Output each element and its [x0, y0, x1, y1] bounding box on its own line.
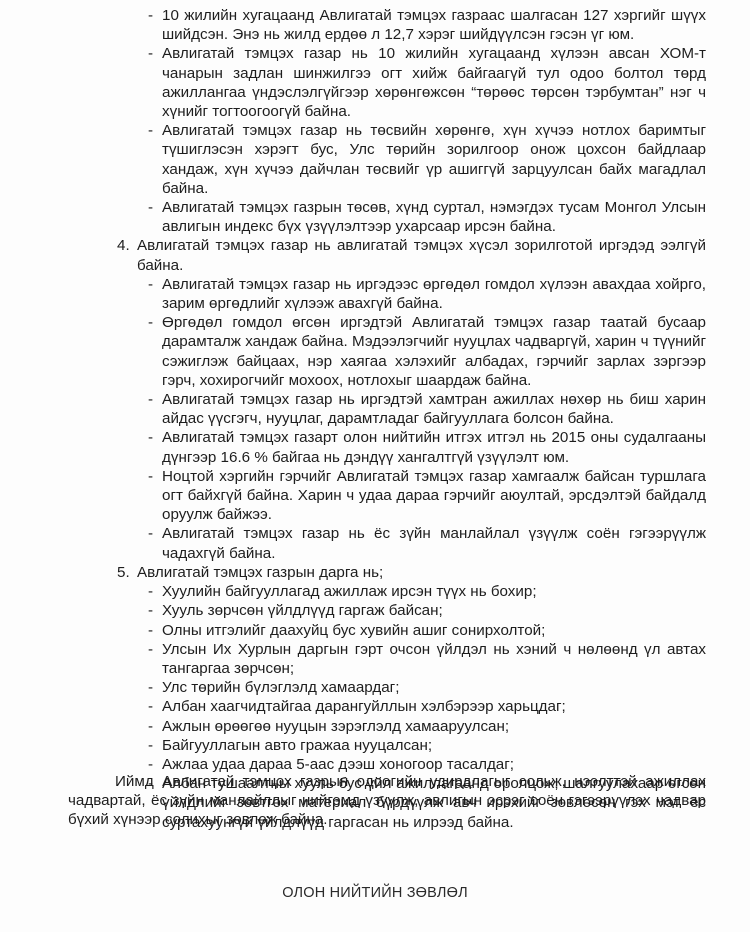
list-item: - Авлигатай тэмцэх газар нь төсвийн хөрө…	[162, 121, 706, 198]
bullet-mark: -	[148, 640, 153, 659]
list-item-text: Улс төрийн бүлэглэлд хамаардаг;	[162, 679, 399, 696]
list-item-text: Авлигатай тэмцэх газар нь ёс зүйн манлай…	[162, 525, 706, 561]
numbered-item-text: Авлигатай тэмцэх газрын дарга нь;	[137, 564, 383, 581]
list-item-text: Авлигатай тэмцэх газарт олон нийтийн итг…	[162, 429, 706, 465]
list-item: - Улс төрийн бүлэглэлд хамаардаг;	[162, 678, 706, 697]
numbered-item-5: 5. Авлигатай тэмцэх газрын дарга нь;	[137, 563, 706, 582]
item-number: 5.	[117, 563, 130, 582]
bullet-mark: -	[148, 717, 153, 736]
list-item-text: Авлигатай тэмцэх газрын төсөв, хүнд сурт…	[162, 199, 706, 235]
list-item-text: Хуулийн байгууллагад ажиллаж ирсэн түүх …	[162, 583, 537, 600]
list-item: - Байгууллагын авто гражаа нууцалсан;	[162, 736, 706, 755]
list-item: - Авлигатай тэмцэх газар нь 10 жилийн ху…	[162, 44, 706, 121]
bullet-mark: -	[148, 44, 153, 63]
list-item-text: Улсын Их Хурлын даргын гэрт очсон үйлдэл…	[162, 641, 706, 677]
numbered-item-4-bullets: - Авлигатай тэмцэх газар нь иргэдээс өрг…	[0, 275, 750, 563]
list-item: - Өргөдөл гомдол өгсөн иргэдтэй Авлигата…	[162, 313, 706, 390]
list-item: - Авлигатай тэмцэх газар нь иргэдтэй хам…	[162, 390, 706, 428]
bullet-mark: -	[148, 582, 153, 601]
list-item-text: 10 жилийн хугацаанд Авлигатай тэмцэх газ…	[162, 7, 706, 43]
closing-paragraph: Иймд Авлигатай тэмцэх газрын одоогийн уд…	[68, 772, 706, 830]
bullet-mark: -	[148, 390, 153, 409]
bullet-mark: -	[148, 198, 153, 217]
list-item: - Авлигатай тэмцэх газар нь иргэдээс өрг…	[162, 275, 706, 313]
bullet-mark: -	[148, 601, 153, 620]
list-item: - Хуулийн байгууллагад ажиллаж ирсэн түү…	[162, 582, 706, 601]
list-item-text: Ажлын өрөөгөө нууцын зэрэглэлд хамааруул…	[162, 718, 509, 735]
bullet-mark: -	[148, 275, 153, 294]
top-bullet-list: - 10 жилийн хугацаанд Авлигатай тэмцэх г…	[0, 6, 750, 832]
bullet-mark: -	[148, 678, 153, 697]
list-item-text: Олны итгэлийг даахуйц бус хувийн ашиг со…	[162, 622, 545, 639]
list-item: - Авлигатай тэмцэх газар нь ёс зүйн манл…	[162, 524, 706, 562]
list-item-text: Авлигатай тэмцэх газар нь иргэдтэй хамтр…	[162, 391, 706, 427]
list-item: - Авлигатай тэмцэх газрын төсөв, хүнд су…	[162, 198, 706, 236]
list-item: - Ноцтой хэргийн гэрчийг Авлигатай тэмцэ…	[162, 467, 706, 525]
numbered-item-4: 4. Авлигатай тэмцэх газар нь авлигатай т…	[137, 236, 706, 274]
list-item: - Улсын Их Хурлын даргын гэрт очсон үйлд…	[162, 640, 706, 678]
list-item-text: Авлигатай тэмцэх газар нь иргэдээс өргөд…	[162, 276, 706, 312]
list-item-text: Хууль зөрчсөн үйлдлүүд гаргаж байсан;	[162, 602, 443, 619]
list-item: - Авлигатай тэмцэх газарт олон нийтийн и…	[162, 428, 706, 466]
bullet-mark: -	[148, 697, 153, 716]
bullet-mark: -	[148, 121, 153, 140]
list-item: - 10 жилийн хугацаанд Авлигатай тэмцэх г…	[162, 6, 706, 44]
list-item-text: Ноцтой хэргийн гэрчийг Авлигатай тэмцэх …	[162, 468, 706, 523]
bullet-mark: -	[148, 428, 153, 447]
bullet-mark: -	[148, 6, 153, 25]
list-item-text: Авлигатай тэмцэх газар нь 10 жилийн хуга…	[162, 45, 706, 120]
signature: ОЛОН НИЙТИЙН ЗӨВЛӨЛ	[0, 884, 750, 903]
list-item-text: Байгууллагын авто гражаа нууцалсан;	[162, 737, 432, 754]
numbered-item-text: Авлигатай тэмцэх газар нь авлигатай тэмц…	[137, 237, 706, 273]
list-item-text: Албан хаагчидтайгаа дарангуйллын хэлбэрэ…	[162, 698, 566, 715]
list-item: - Ажлын өрөөгөө нууцын зэрэглэлд хамаару…	[162, 717, 706, 736]
list-item-text: Авлигатай тэмцэх газар нь төсвийн хөрөнг…	[162, 122, 706, 197]
list-item: - Хууль зөрчсөн үйлдлүүд гаргаж байсан;	[162, 601, 706, 620]
bullet-mark: -	[148, 736, 153, 755]
bullet-mark: -	[148, 313, 153, 332]
list-item: - Албан хаагчидтайгаа дарангуйллын хэлбэ…	[162, 697, 706, 716]
item-number: 4.	[117, 236, 130, 255]
bullet-mark: -	[148, 467, 153, 486]
document-page: - 10 жилийн хугацаанд Авлигатай тэмцэх г…	[0, 0, 750, 932]
list-item-text: Ажлаа удаа дараа 5-аас дээш хоногоор тас…	[162, 756, 514, 773]
list-item-text: Өргөдөл гомдол өгсөн иргэдтэй Авлигатай …	[162, 314, 706, 389]
list-item: - Олны итгэлийг даахуйц бус хувийн ашиг …	[162, 621, 706, 640]
bullet-mark: -	[148, 524, 153, 543]
bullet-mark: -	[148, 621, 153, 640]
